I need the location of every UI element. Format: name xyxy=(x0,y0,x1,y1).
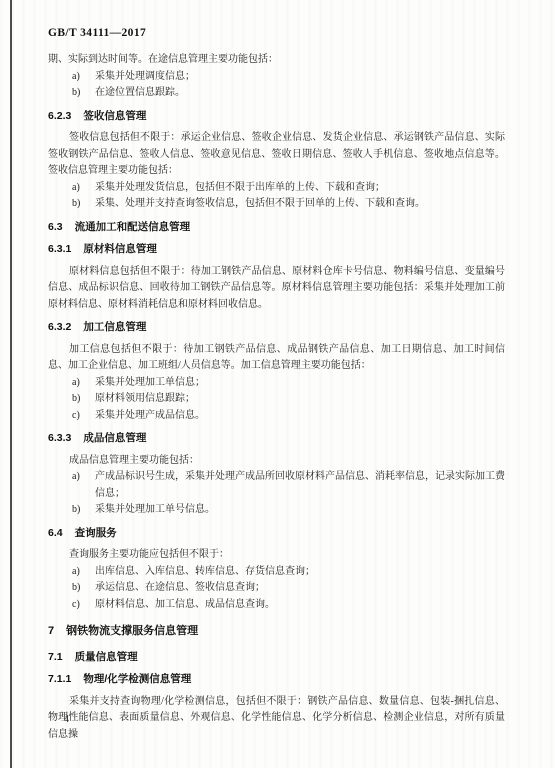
list-item-a: a) 出库信息、入库信息、转库信息、存货信息查询； xyxy=(48,564,505,581)
paragraph-raw-material-info: 原材料信息包括但不限于：待加工钢铁产品信息、原材料仓库卡号信息、物料编号信息、变… xyxy=(48,264,505,314)
list-item-a: a) 采集并处理发货信息，包括但不限于出库单的上传、下载和查询； xyxy=(48,180,505,197)
paragraph-query-service: 查询服务主要功能应包括但不限于： xyxy=(48,547,505,564)
list-item-b: b) 采集、处理并支持查询签收信息，包括但不限于回单的上传、下载和查询。 xyxy=(48,196,505,213)
list-marker: b) xyxy=(72,85,95,102)
list-item-text: 采集并处理发货信息，包括但不限于出库单的上传、下载和查询； xyxy=(95,180,505,197)
heading-number: 6.2.3 xyxy=(48,110,71,122)
heading-6-3-3: 6.3.3成品信息管理 xyxy=(48,430,505,447)
heading-title: 成品信息管理 xyxy=(83,432,146,444)
list-marker: b) xyxy=(72,580,95,597)
heading-number: 7 xyxy=(48,625,54,637)
list-item-c: c) 采集并处理产成品信息。 xyxy=(48,408,505,425)
heading-title: 签收信息管理 xyxy=(83,110,146,122)
list-marker: c) xyxy=(72,597,95,614)
list-item-b: b) 采集并处理加工单号信息。 xyxy=(48,502,505,519)
heading-6-2-3: 6.2.3签收信息管理 xyxy=(48,108,505,125)
paragraph-signoff-info: 签收信息包括但不限于：承运企业信息、签收企业信息、发货企业信息、承运钢铁产品信息… xyxy=(48,130,505,180)
heading-6-4: 6.4查询服务 xyxy=(48,525,505,542)
paragraph-quality-test-info: 采集并支持查询物理/化学检测信息，包括但不限于：钢铁产品信息、数量信息、包装-捆… xyxy=(48,694,505,744)
heading-title: 查询服务 xyxy=(75,527,117,539)
list-marker: a) xyxy=(72,69,95,86)
paragraph-processing-info: 加工信息包括但不限于：待加工钢铁产品信息、成品钢铁产品信息、加工日期信息、加工时… xyxy=(48,342,505,375)
list-item-text: 承运信息、在途信息、签收信息查询； xyxy=(95,580,505,597)
heading-6-3-1: 6.3.1原材料信息管理 xyxy=(48,241,505,258)
standard-number-header: GB/T 34111—2017 xyxy=(48,26,505,40)
list-item-text: 原材料领用信息跟踪； xyxy=(95,391,505,408)
heading-title: 质量信息管理 xyxy=(75,651,138,663)
list-item-a: a) 采集并处理调度信息； xyxy=(48,69,505,86)
heading-title: 钢铁物流支撑服务信息管理 xyxy=(66,625,198,637)
list-item-text: 产成品标识号生成，采集并处理产成品所回收原材料产品信息、消耗率信息，记录实际加工… xyxy=(95,469,505,502)
heading-number: 6.3.2 xyxy=(48,321,71,333)
heading-6-3: 6.3流通加工和配送信息管理 xyxy=(48,219,505,236)
heading-7-1: 7.1质量信息管理 xyxy=(48,649,505,666)
list-item-text: 采集并处理加工单信息； xyxy=(95,375,505,392)
list-item-a: a) 采集并处理加工单信息； xyxy=(48,375,505,392)
heading-number: 7.1 xyxy=(48,651,63,663)
list-item-text: 采集并处理产成品信息。 xyxy=(95,408,505,425)
list-marker: c) xyxy=(72,408,95,425)
heading-title: 加工信息管理 xyxy=(83,321,146,333)
list-marker: b) xyxy=(72,502,95,519)
list-marker: b) xyxy=(72,391,95,408)
paragraph-finished-product-info: 成品信息管理主要功能包括： xyxy=(48,453,505,470)
list-marker: a) xyxy=(72,375,95,392)
list-item-text: 采集并处理加工单号信息。 xyxy=(95,502,505,519)
list-item-text: 出库信息、入库信息、转库信息、存货信息查询； xyxy=(95,564,505,581)
scan-edge-line xyxy=(10,0,12,768)
page-number: 4 xyxy=(64,714,69,725)
list-item-text: 采集并处理调度信息； xyxy=(95,69,505,86)
heading-6-3-2: 6.3.2加工信息管理 xyxy=(48,319,505,336)
heading-number: 6.3 xyxy=(48,221,63,233)
paragraph-continued: 期、实际到达时间等。在途信息管理主要功能包括： xyxy=(48,52,505,69)
list-item-b: b) 原材料领用信息跟踪； xyxy=(48,391,505,408)
heading-title: 物理/化学检测信息管理 xyxy=(83,673,191,685)
heading-7: 7钢铁物流支撑服务信息管理 xyxy=(48,623,505,640)
list-marker: a) xyxy=(72,564,95,581)
heading-title: 原材料信息管理 xyxy=(83,243,157,255)
heading-number: 6.3.3 xyxy=(48,432,71,444)
list-item-c: c) 原材料信息、加工信息、成品信息查询。 xyxy=(48,597,505,614)
list-item-text: 在途位置信息跟踪。 xyxy=(95,85,505,102)
list-item-a: a) 产成品标识号生成，采集并处理产成品所回收原材料产品信息、消耗率信息，记录实… xyxy=(48,469,505,502)
heading-title: 流通加工和配送信息管理 xyxy=(75,221,191,233)
document-body: GB/T 34111—2017 期、实际到达时间等。在途信息管理主要功能包括： … xyxy=(0,0,555,743)
list-item-text: 采集、处理并支持查询签收信息，包括但不限于回单的上传、下载和查询。 xyxy=(95,196,505,213)
heading-number: 6.4 xyxy=(48,527,63,539)
list-item-b: b) 在途位置信息跟踪。 xyxy=(48,85,505,102)
heading-number: 7.1.1 xyxy=(48,673,71,685)
heading-number: 6.3.1 xyxy=(48,243,71,255)
list-marker: b) xyxy=(72,196,95,213)
list-marker: a) xyxy=(72,180,95,197)
heading-7-1-1: 7.1.1物理/化学检测信息管理 xyxy=(48,671,505,688)
list-item-text: 原材料信息、加工信息、成品信息查询。 xyxy=(95,597,505,614)
document-page: GB/T 34111—2017 期、实际到达时间等。在途信息管理主要功能包括： … xyxy=(0,0,555,768)
list-marker: a) xyxy=(72,469,95,502)
list-item-b: b) 承运信息、在途信息、签收信息查询； xyxy=(48,580,505,597)
